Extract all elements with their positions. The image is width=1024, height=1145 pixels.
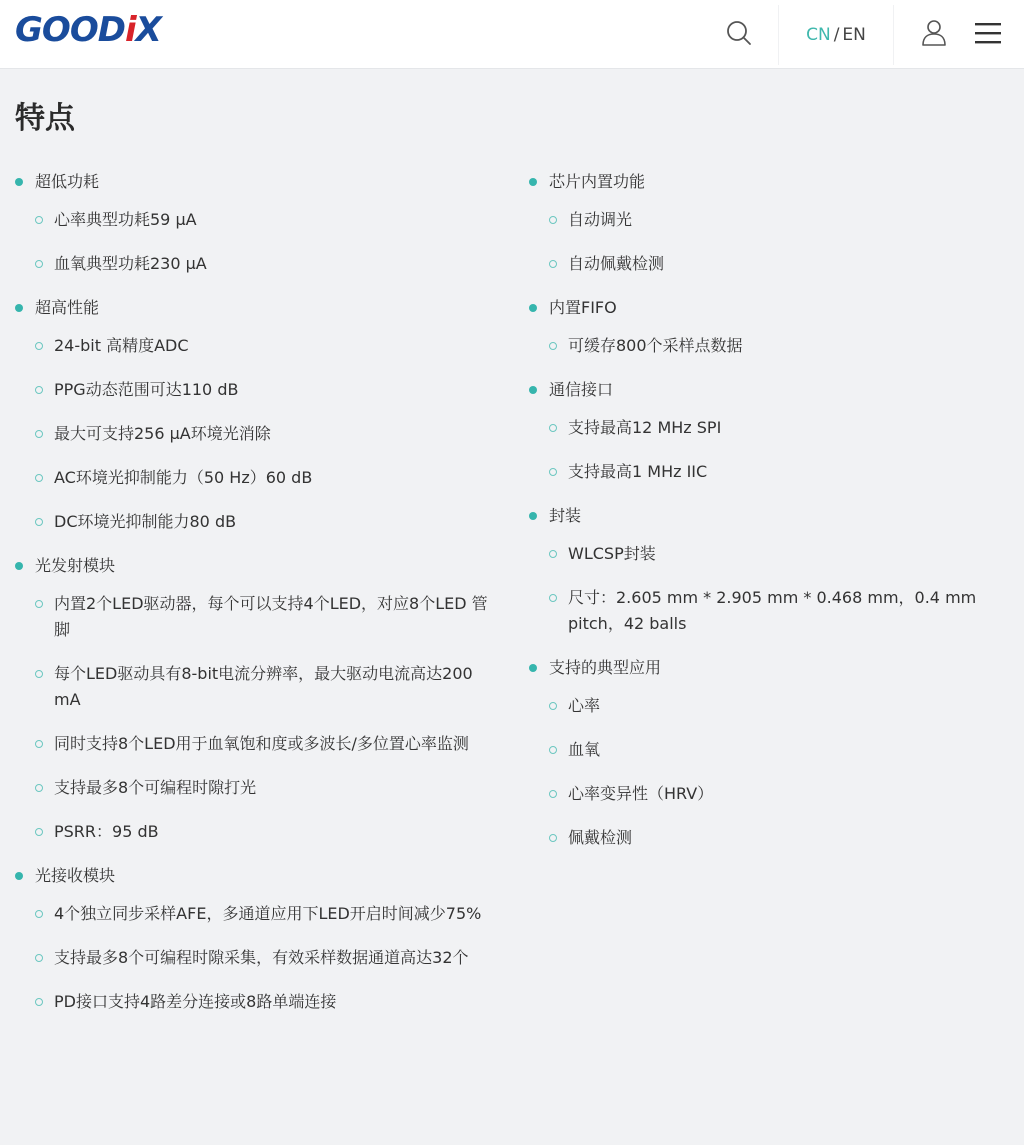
- list-item-text: 每个LED驱动具有8-bit电流分辨率，最大驱动电流高达200 mA: [54, 661, 495, 713]
- feature-sub-list: 4个独立同步采样AFE，多通道应用下LED开启时间减少75%支持最多8个可编程时…: [15, 901, 529, 1015]
- feature-group-label: 光接收模块: [35, 863, 115, 889]
- list-item: AC环境光抑制能力（50 Hz）60 dB: [35, 465, 495, 491]
- list-item-text: PD接口支持4路差分连接或8路单端连接: [54, 989, 336, 1015]
- list-item: 自动佩戴检测: [549, 251, 1009, 277]
- feature-group-label: 超低功耗: [35, 169, 99, 195]
- logo-text: OOD: [42, 10, 125, 50]
- bullet-circle-icon: [549, 216, 557, 224]
- feature-sub-list: 心率血氧心率变异性（HRV）佩戴检测: [529, 693, 1009, 851]
- list-item-text: 心率变异性（HRV）: [568, 781, 713, 807]
- list-item-text: 血氧: [568, 737, 600, 763]
- list-item-text: PSRR：95 dB: [54, 819, 159, 845]
- feature-group-label: 通信接口: [549, 377, 613, 403]
- bullet-dot-icon: [15, 178, 23, 186]
- list-item: 心率: [549, 693, 1009, 719]
- list-item: 支持最多8个可编程时隙采集，有效采样数据通道高达32个: [35, 945, 495, 971]
- feature-sub-list: 24-bit 高精度ADCPPG动态范围可达110 dB最大可支持256 µA环…: [15, 333, 529, 535]
- bullet-circle-icon: [35, 474, 43, 482]
- bullet-dot-icon: [529, 178, 537, 186]
- bullet-circle-icon: [35, 342, 43, 350]
- bullet-dot-icon: [529, 386, 537, 394]
- bullet-circle-icon: [35, 910, 43, 918]
- bullet-circle-icon: [35, 784, 43, 792]
- feature-group: 封装WLCSP封装尺寸：2.605 mm * 2.905 mm * 0.468 …: [529, 503, 1009, 637]
- list-item-text: 可缓存800个采样点数据: [568, 333, 743, 359]
- page-title: 特点: [15, 99, 1009, 139]
- logo-text: X: [136, 10, 161, 50]
- bullet-circle-icon: [35, 518, 43, 526]
- feature-sub-list: 支持最高12 MHz SPI支持最高1 MHz IIC: [529, 415, 1009, 485]
- feature-sub-list: WLCSP封装尺寸：2.605 mm * 2.905 mm * 0.468 mm…: [529, 541, 1009, 637]
- list-item: 心率变异性（HRV）: [549, 781, 1009, 807]
- feature-group: 支持的典型应用心率血氧心率变异性（HRV）佩戴检测: [529, 655, 1009, 851]
- feature-group-label: 芯片内置功能: [549, 169, 645, 195]
- feature-group: 光发射模块内置2个LED驱动器，每个可以支持4个LED，对应8个LED 管脚每个…: [15, 553, 529, 845]
- feature-group-label: 超高性能: [35, 295, 99, 321]
- list-item: 支持最多8个可编程时隙打光: [35, 775, 495, 801]
- bullet-circle-icon: [35, 430, 43, 438]
- list-item-text: 24-bit 高精度ADC: [54, 333, 189, 359]
- bullet-dot-icon: [15, 304, 23, 312]
- bullet-circle-icon: [35, 828, 43, 836]
- bullet-circle-icon: [35, 998, 43, 1006]
- list-item-text: 尺寸：2.605 mm * 2.905 mm * 0.468 mm，0.4 mm…: [568, 585, 1009, 637]
- lang-separator: /: [834, 25, 840, 45]
- feature-group: 超高性能24-bit 高精度ADCPPG动态范围可达110 dB最大可支持256…: [15, 295, 529, 535]
- list-item-text: 支持最高1 MHz IIC: [568, 459, 707, 485]
- bullet-circle-icon: [549, 702, 557, 710]
- feature-group-heading: 通信接口: [529, 377, 1009, 407]
- list-item-text: 4个独立同步采样AFE，多通道应用下LED开启时间减少75%: [54, 901, 481, 927]
- feature-group-heading: 光接收模块: [15, 863, 529, 893]
- feature-group-label: 光发射模块: [35, 553, 115, 579]
- feature-group-label: 支持的典型应用: [549, 655, 661, 681]
- bullet-circle-icon: [35, 386, 43, 394]
- list-item-text: 内置2个LED驱动器，每个可以支持4个LED，对应8个LED 管脚: [54, 591, 495, 643]
- list-item-text: 佩戴检测: [568, 825, 632, 851]
- bullet-dot-icon: [15, 562, 23, 570]
- feature-group-heading: 芯片内置功能: [529, 169, 1009, 199]
- lang-en-link[interactable]: EN: [842, 25, 865, 45]
- list-item: 血氧典型功耗230 µA: [35, 251, 495, 277]
- features-section: 特点 超低功耗心率典型功耗59 µA血氧典型功耗230 µA超高性能24-bit…: [0, 69, 1024, 1033]
- feature-sub-list: 自动调光自动佩戴检测: [529, 207, 1009, 277]
- list-item-text: 支持最高12 MHz SPI: [568, 415, 721, 441]
- list-item: 同时支持8个LED用于血氧饱和度或多波长/多位置心率监测: [35, 731, 495, 757]
- lang-cn-link[interactable]: CN: [806, 25, 831, 45]
- feature-sub-list: 可缓存800个采样点数据: [529, 333, 1009, 359]
- logo-text: G: [15, 10, 42, 50]
- list-item: PSRR：95 dB: [35, 819, 495, 845]
- list-item: 支持最高12 MHz SPI: [549, 415, 1009, 441]
- feature-column-right: 芯片内置功能自动调光自动佩戴检测内置FIFO可缓存800个采样点数据通信接口支持…: [529, 169, 1009, 1033]
- feature-column-left: 超低功耗心率典型功耗59 µA血氧典型功耗230 µA超高性能24-bit 高精…: [15, 169, 529, 1033]
- feature-group-heading: 光发射模块: [15, 553, 529, 583]
- language-switcher: CN/EN: [779, 5, 894, 65]
- feature-group: 芯片内置功能自动调光自动佩戴检测: [529, 169, 1009, 277]
- list-item: 可缓存800个采样点数据: [549, 333, 1009, 359]
- list-item: 佩戴检测: [549, 825, 1009, 851]
- logo-text-accent: i: [125, 10, 136, 50]
- list-item: 支持最高1 MHz IIC: [549, 459, 1009, 485]
- bullet-circle-icon: [549, 550, 557, 558]
- bullet-circle-icon: [549, 790, 557, 798]
- list-item-text: 支持最多8个可编程时隙打光: [54, 775, 256, 801]
- list-item-text: DC环境光抑制能力80 dB: [54, 509, 236, 535]
- list-item: 内置2个LED驱动器，每个可以支持4个LED，对应8个LED 管脚: [35, 591, 495, 643]
- hamburger-menu-icon: [974, 21, 1002, 49]
- feature-group: 超低功耗心率典型功耗59 µA血氧典型功耗230 µA: [15, 169, 529, 277]
- list-item: PPG动态范围可达110 dB: [35, 377, 495, 403]
- list-item: 每个LED驱动具有8-bit电流分辨率，最大驱动电流高达200 mA: [35, 661, 495, 713]
- list-item-text: PPG动态范围可达110 dB: [54, 377, 238, 403]
- bullet-circle-icon: [549, 260, 557, 268]
- list-item: 24-bit 高精度ADC: [35, 333, 495, 359]
- feature-group: 通信接口支持最高12 MHz SPI支持最高1 MHz IIC: [529, 377, 1009, 485]
- list-item: 血氧: [549, 737, 1009, 763]
- search-icon: [725, 19, 753, 51]
- feature-group-heading: 封装: [529, 503, 1009, 533]
- list-item: DC环境光抑制能力80 dB: [35, 509, 495, 535]
- bullet-circle-icon: [549, 424, 557, 432]
- list-item-text: 心率: [568, 693, 600, 719]
- search-button[interactable]: [699, 5, 779, 65]
- list-item-text: 血氧典型功耗230 µA: [54, 251, 207, 277]
- bullet-circle-icon: [35, 260, 43, 268]
- list-item-text: WLCSP封装: [568, 541, 656, 567]
- bullet-dot-icon: [529, 304, 537, 312]
- feature-group-label: 封装: [549, 503, 581, 529]
- feature-group-heading: 内置FIFO: [529, 295, 1009, 325]
- list-item: 自动调光: [549, 207, 1009, 233]
- feature-sub-list: 内置2个LED驱动器，每个可以支持4个LED，对应8个LED 管脚每个LED驱动…: [15, 591, 529, 845]
- top-nav-bar: GOODiX CN/EN: [0, 0, 1024, 69]
- bullet-circle-icon: [35, 740, 43, 748]
- bullet-circle-icon: [35, 670, 43, 678]
- feature-group-label: 内置FIFO: [549, 295, 617, 321]
- list-item-text: 心率典型功耗59 µA: [54, 207, 197, 233]
- feature-sub-list: 心率典型功耗59 µA血氧典型功耗230 µA: [15, 207, 529, 277]
- list-item: WLCSP封装: [549, 541, 1009, 567]
- feature-columns: 超低功耗心率典型功耗59 µA血氧典型功耗230 µA超高性能24-bit 高精…: [15, 169, 1009, 1033]
- list-item-text: 自动佩戴检测: [568, 251, 664, 277]
- bullet-dot-icon: [529, 664, 537, 672]
- bullet-circle-icon: [549, 746, 557, 754]
- feature-group-heading: 支持的典型应用: [529, 655, 1009, 685]
- bullet-circle-icon: [549, 468, 557, 476]
- feature-group-heading: 超低功耗: [15, 169, 529, 199]
- feature-group: 光接收模块4个独立同步采样AFE，多通道应用下LED开启时间减少75%支持最多8…: [15, 863, 529, 1015]
- bullet-circle-icon: [549, 594, 557, 602]
- header-actions: CN/EN: [699, 0, 1024, 69]
- bullet-dot-icon: [15, 872, 23, 880]
- bullet-dot-icon: [529, 512, 537, 520]
- user-icon: [921, 19, 947, 51]
- goodix-logo[interactable]: GOODiX: [15, 10, 161, 50]
- list-item: 最大可支持256 µA环境光消除: [35, 421, 495, 447]
- menu-button[interactable]: [974, 5, 1024, 65]
- user-account-button[interactable]: [894, 5, 974, 65]
- feature-group-heading: 超高性能: [15, 295, 529, 325]
- list-item: 尺寸：2.605 mm * 2.905 mm * 0.468 mm，0.4 mm…: [549, 585, 1009, 637]
- list-item: PD接口支持4路差分连接或8路单端连接: [35, 989, 495, 1015]
- bullet-circle-icon: [549, 834, 557, 842]
- list-item-text: 支持最多8个可编程时隙采集，有效采样数据通道高达32个: [54, 945, 469, 971]
- bullet-circle-icon: [35, 216, 43, 224]
- list-item-text: 自动调光: [568, 207, 632, 233]
- bullet-circle-icon: [35, 600, 43, 608]
- bullet-circle-icon: [549, 342, 557, 350]
- bullet-circle-icon: [35, 954, 43, 962]
- list-item-text: AC环境光抑制能力（50 Hz）60 dB: [54, 465, 312, 491]
- list-item-text: 同时支持8个LED用于血氧饱和度或多波长/多位置心率监测: [54, 731, 469, 757]
- list-item: 心率典型功耗59 µA: [35, 207, 495, 233]
- list-item: 4个独立同步采样AFE，多通道应用下LED开启时间减少75%: [35, 901, 495, 927]
- feature-group: 内置FIFO可缓存800个采样点数据: [529, 295, 1009, 359]
- list-item-text: 最大可支持256 µA环境光消除: [54, 421, 271, 447]
